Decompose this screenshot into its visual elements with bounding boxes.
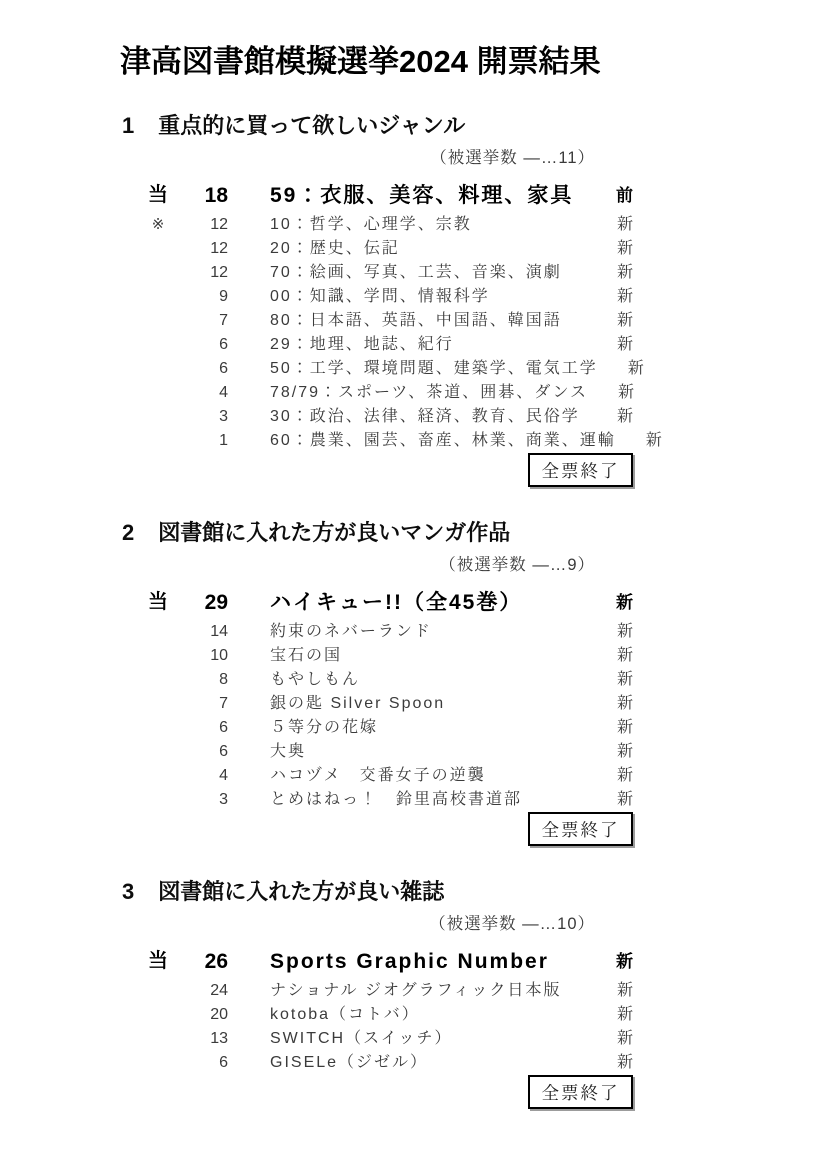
row-status: 新	[587, 261, 633, 285]
row-votes: 12	[186, 213, 228, 237]
row-title: ナショナル ジオグラフィック日本版	[228, 979, 587, 1003]
row-status: 新	[587, 979, 633, 1003]
row-votes: 1	[186, 429, 228, 453]
row-status: 新	[587, 668, 633, 692]
election-section: 3 図書館に入れた方が良い雑誌 （被選挙数 ―…10） 当 26 Sports …	[0, 879, 820, 1109]
section-title: 重点的に買って欲しいジャンル	[158, 113, 465, 139]
result-row: 4 ハコヅメ 交番女子の逆襲 新	[130, 764, 633, 788]
result-row: 10 宝石の国 新	[130, 644, 633, 668]
section-title: 図書館に入れた方が良い雑誌	[158, 879, 444, 905]
row-title: kotoba（コトバ）	[228, 1003, 587, 1027]
row-title: SWITCH（スイッチ）	[228, 1027, 587, 1051]
section-heading: 3 図書館に入れた方が良い雑誌	[122, 879, 820, 905]
result-row: 6 50：工学、環境問題、建築学、電気工学 新	[130, 357, 633, 381]
row-mark: 当	[130, 944, 186, 979]
result-row: 24 ナショナル ジオグラフィック日本版 新	[130, 979, 633, 1003]
row-votes: 6	[186, 357, 228, 381]
row-votes: 26	[186, 944, 228, 979]
result-row: 当 29 ハイキュー!!（全45巻） 新	[130, 585, 633, 620]
section-heading: 2 図書館に入れた方が良いマンガ作品	[122, 520, 820, 546]
row-votes: 18	[186, 178, 228, 213]
election-section: 1 重点的に買って欲しいジャンル （被選挙数 ―…11） 当 18 59：衣服、…	[0, 113, 820, 487]
row-title: 銀の匙 Silver Spoon	[228, 692, 587, 716]
row-votes: 24	[186, 979, 228, 1003]
row-votes: 13	[186, 1027, 228, 1051]
row-status: 新	[587, 405, 633, 429]
eligible-count-note: （被選挙数 ―…9）	[0, 554, 595, 576]
row-title: Sports Graphic Number	[228, 944, 587, 979]
section-number: 3	[122, 879, 134, 905]
row-votes: 4	[186, 381, 228, 405]
all-votes-counted-label: 全票終了	[542, 1080, 620, 1105]
row-votes: 10	[186, 644, 228, 668]
row-votes: 6	[186, 1051, 228, 1075]
row-votes: 20	[186, 1003, 228, 1027]
result-rows: 当 29 ハイキュー!!（全45巻） 新 14 約束のネバーランド 新 10 宝…	[130, 585, 633, 812]
result-row: 4 78/79：スポーツ、茶道、囲碁、ダンス 新	[130, 381, 633, 405]
row-status: 新	[598, 357, 644, 381]
result-row: 8 もやしもん 新	[130, 668, 633, 692]
result-row: 12 20：歴史、伝記 新	[130, 237, 633, 261]
row-status: 新	[587, 1027, 633, 1051]
result-row: 6 GISELe（ジゼル） 新	[130, 1051, 633, 1075]
row-votes: 6	[186, 333, 228, 357]
row-status: 前	[587, 178, 633, 213]
row-title: GISELe（ジゼル）	[228, 1051, 587, 1075]
row-status: 新	[587, 213, 633, 237]
row-status: 新	[587, 1003, 633, 1027]
row-title: 29：地理、地誌、紀行	[228, 333, 587, 357]
row-mark: 当	[130, 178, 186, 213]
all-votes-counted-box: 全票終了	[528, 812, 633, 846]
row-votes: 12	[186, 237, 228, 261]
row-mark: 当	[130, 585, 186, 620]
row-votes: 7	[186, 692, 228, 716]
all-votes-counted-box: 全票終了	[528, 453, 633, 487]
result-row: 7 80：日本語、英語、中国語、韓国語 新	[130, 309, 633, 333]
row-title: 30：政治、法律、経済、教育、民俗学	[228, 405, 587, 429]
row-votes: 7	[186, 309, 228, 333]
row-status: 新	[587, 692, 633, 716]
section-number: 2	[122, 520, 134, 546]
result-row: 20 kotoba（コトバ） 新	[130, 1003, 633, 1027]
row-title: 大奥	[228, 740, 587, 764]
row-votes: 12	[186, 261, 228, 285]
row-votes: 6	[186, 716, 228, 740]
row-title: 80：日本語、英語、中国語、韓国語	[228, 309, 587, 333]
section-title: 図書館に入れた方が良いマンガ作品	[158, 520, 510, 546]
result-row: 3 とめはねっ！ 鈴里高校書道部 新	[130, 788, 633, 812]
result-row: 当 26 Sports Graphic Number 新	[130, 944, 633, 979]
row-title: ハコヅメ 交番女子の逆襲	[228, 764, 587, 788]
row-status: 新	[587, 620, 633, 644]
sections-container: 1 重点的に買って欲しいジャンル （被選挙数 ―…11） 当 18 59：衣服、…	[0, 113, 820, 1109]
result-rows: 当 26 Sports Graphic Number 新 24 ナショナル ジオ…	[130, 944, 633, 1075]
row-title: 70：絵画、写真、工芸、音楽、演劇	[228, 261, 587, 285]
result-row: ※ 12 10：哲学、心理学、宗教 新	[130, 213, 633, 237]
row-status: 新	[587, 788, 633, 812]
row-title: 10：哲学、心理学、宗教	[228, 213, 587, 237]
row-title: 78/79：スポーツ、茶道、囲碁、ダンス	[228, 381, 588, 405]
row-title: 00：知識、学問、情報科学	[228, 285, 587, 309]
row-title: 20：歴史、伝記	[228, 237, 587, 261]
all-votes-counted-label: 全票終了	[542, 817, 620, 842]
row-status: 新	[587, 309, 633, 333]
election-section: 2 図書館に入れた方が良いマンガ作品 （被選挙数 ―…9） 当 29 ハイキュー…	[0, 520, 820, 846]
result-row: 当 18 59：衣服、美容、料理、家具 前	[130, 178, 633, 213]
row-status: 新	[587, 764, 633, 788]
result-row: 1 60：農業、園芸、畜産、林業、商業、運輸 新	[130, 429, 633, 453]
row-status: 新	[616, 429, 662, 453]
row-title: 宝石の国	[228, 644, 587, 668]
row-votes: 14	[186, 620, 228, 644]
result-row: 6 ５等分の花嫁 新	[130, 716, 633, 740]
row-mark: ※	[130, 213, 186, 237]
row-status: 新	[587, 333, 633, 357]
row-votes: 3	[186, 788, 228, 812]
result-row: 7 銀の匙 Silver Spoon 新	[130, 692, 633, 716]
row-title: 59：衣服、美容、料理、家具	[228, 178, 587, 213]
result-row: 14 約束のネバーランド 新	[130, 620, 633, 644]
result-row: 6 29：地理、地誌、紀行 新	[130, 333, 633, 357]
result-row: 9 00：知識、学問、情報科学 新	[130, 285, 633, 309]
result-row: 12 70：絵画、写真、工芸、音楽、演劇 新	[130, 261, 633, 285]
row-status: 新	[587, 285, 633, 309]
all-votes-counted-box: 全票終了	[528, 1075, 633, 1109]
page-title: 津高図書館模擬選挙2024 開票結果	[120, 44, 820, 80]
eligible-count-note: （被選挙数 ―…11）	[0, 147, 595, 169]
row-votes: 29	[186, 585, 228, 620]
section-heading: 1 重点的に買って欲しいジャンル	[122, 113, 820, 139]
row-status: 新	[587, 740, 633, 764]
row-votes: 4	[186, 764, 228, 788]
row-title: ５等分の花嫁	[228, 716, 587, 740]
result-row: 13 SWITCH（スイッチ） 新	[130, 1027, 633, 1051]
row-status: 新	[587, 644, 633, 668]
row-votes: 8	[186, 668, 228, 692]
row-title: 約束のネバーランド	[228, 620, 587, 644]
row-votes: 9	[186, 285, 228, 309]
row-status: 新	[587, 237, 633, 261]
row-votes: 6	[186, 740, 228, 764]
result-row: 6 大奥 新	[130, 740, 633, 764]
row-title: 60：農業、園芸、畜産、林業、商業、運輸	[228, 429, 616, 453]
row-status: 新	[587, 716, 633, 740]
row-title: 50：工学、環境問題、建築学、電気工学	[228, 357, 598, 381]
row-title: もやしもん	[228, 668, 587, 692]
row-title: とめはねっ！ 鈴里高校書道部	[228, 788, 587, 812]
document-page: 津高図書館模擬選挙2024 開票結果 1 重点的に買って欲しいジャンル （被選挙…	[0, 0, 820, 1159]
section-number: 1	[122, 113, 134, 139]
all-votes-counted-label: 全票終了	[542, 458, 620, 483]
row-title: ハイキュー!!（全45巻）	[228, 585, 587, 620]
row-votes: 3	[186, 405, 228, 429]
eligible-count-note: （被選挙数 ―…10）	[0, 913, 595, 935]
result-rows: 当 18 59：衣服、美容、料理、家具 前 ※ 12 10：哲学、心理学、宗教 …	[130, 178, 633, 453]
row-status: 新	[588, 381, 634, 405]
row-status: 新	[587, 944, 633, 979]
row-status: 新	[587, 585, 633, 620]
row-status: 新	[587, 1051, 633, 1075]
result-row: 3 30：政治、法律、経済、教育、民俗学 新	[130, 405, 633, 429]
